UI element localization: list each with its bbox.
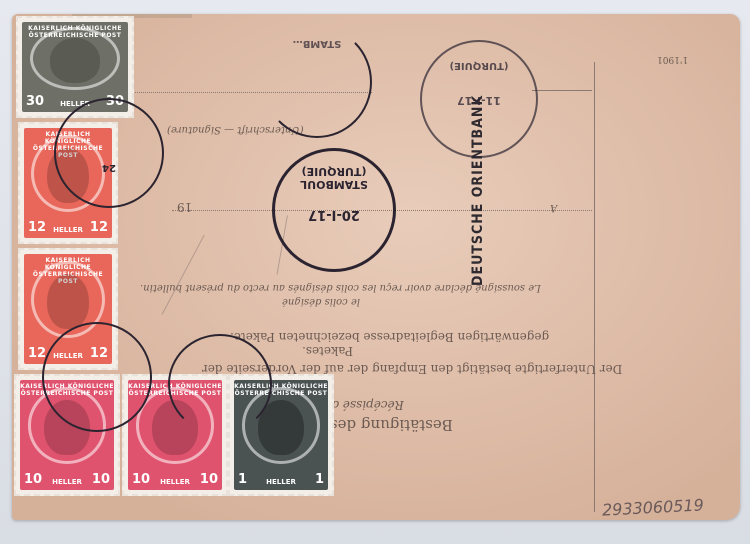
vertical-rule [594, 62, 595, 512]
right-mark: A [550, 202, 557, 213]
german-receipt-line-3: gegenwärtigen Begleitadresse bezeichnete… [230, 330, 549, 344]
rule [532, 90, 592, 91]
pencil-mark [162, 235, 205, 315]
postmark-cancel [168, 334, 272, 434]
postmark-cancel [42, 322, 152, 432]
postmark-turquie: (TURQUIE) 11-I-17 [420, 40, 538, 158]
corner-mark: 1'1901 [657, 54, 688, 64]
postmark-cancel: 24 [54, 98, 164, 208]
date-prefix: 19 [177, 200, 192, 214]
german-receipt-sub-3: Paketes. [302, 344, 353, 358]
postmark-stamboul: STAMBOUL (TURQUIE) 20-I-17 [272, 148, 396, 272]
french-receipt-sub: le colis désigné [282, 296, 360, 307]
postmark-partial: STAMB… [262, 26, 372, 138]
handwritten-number: 2933060519 [602, 495, 705, 519]
